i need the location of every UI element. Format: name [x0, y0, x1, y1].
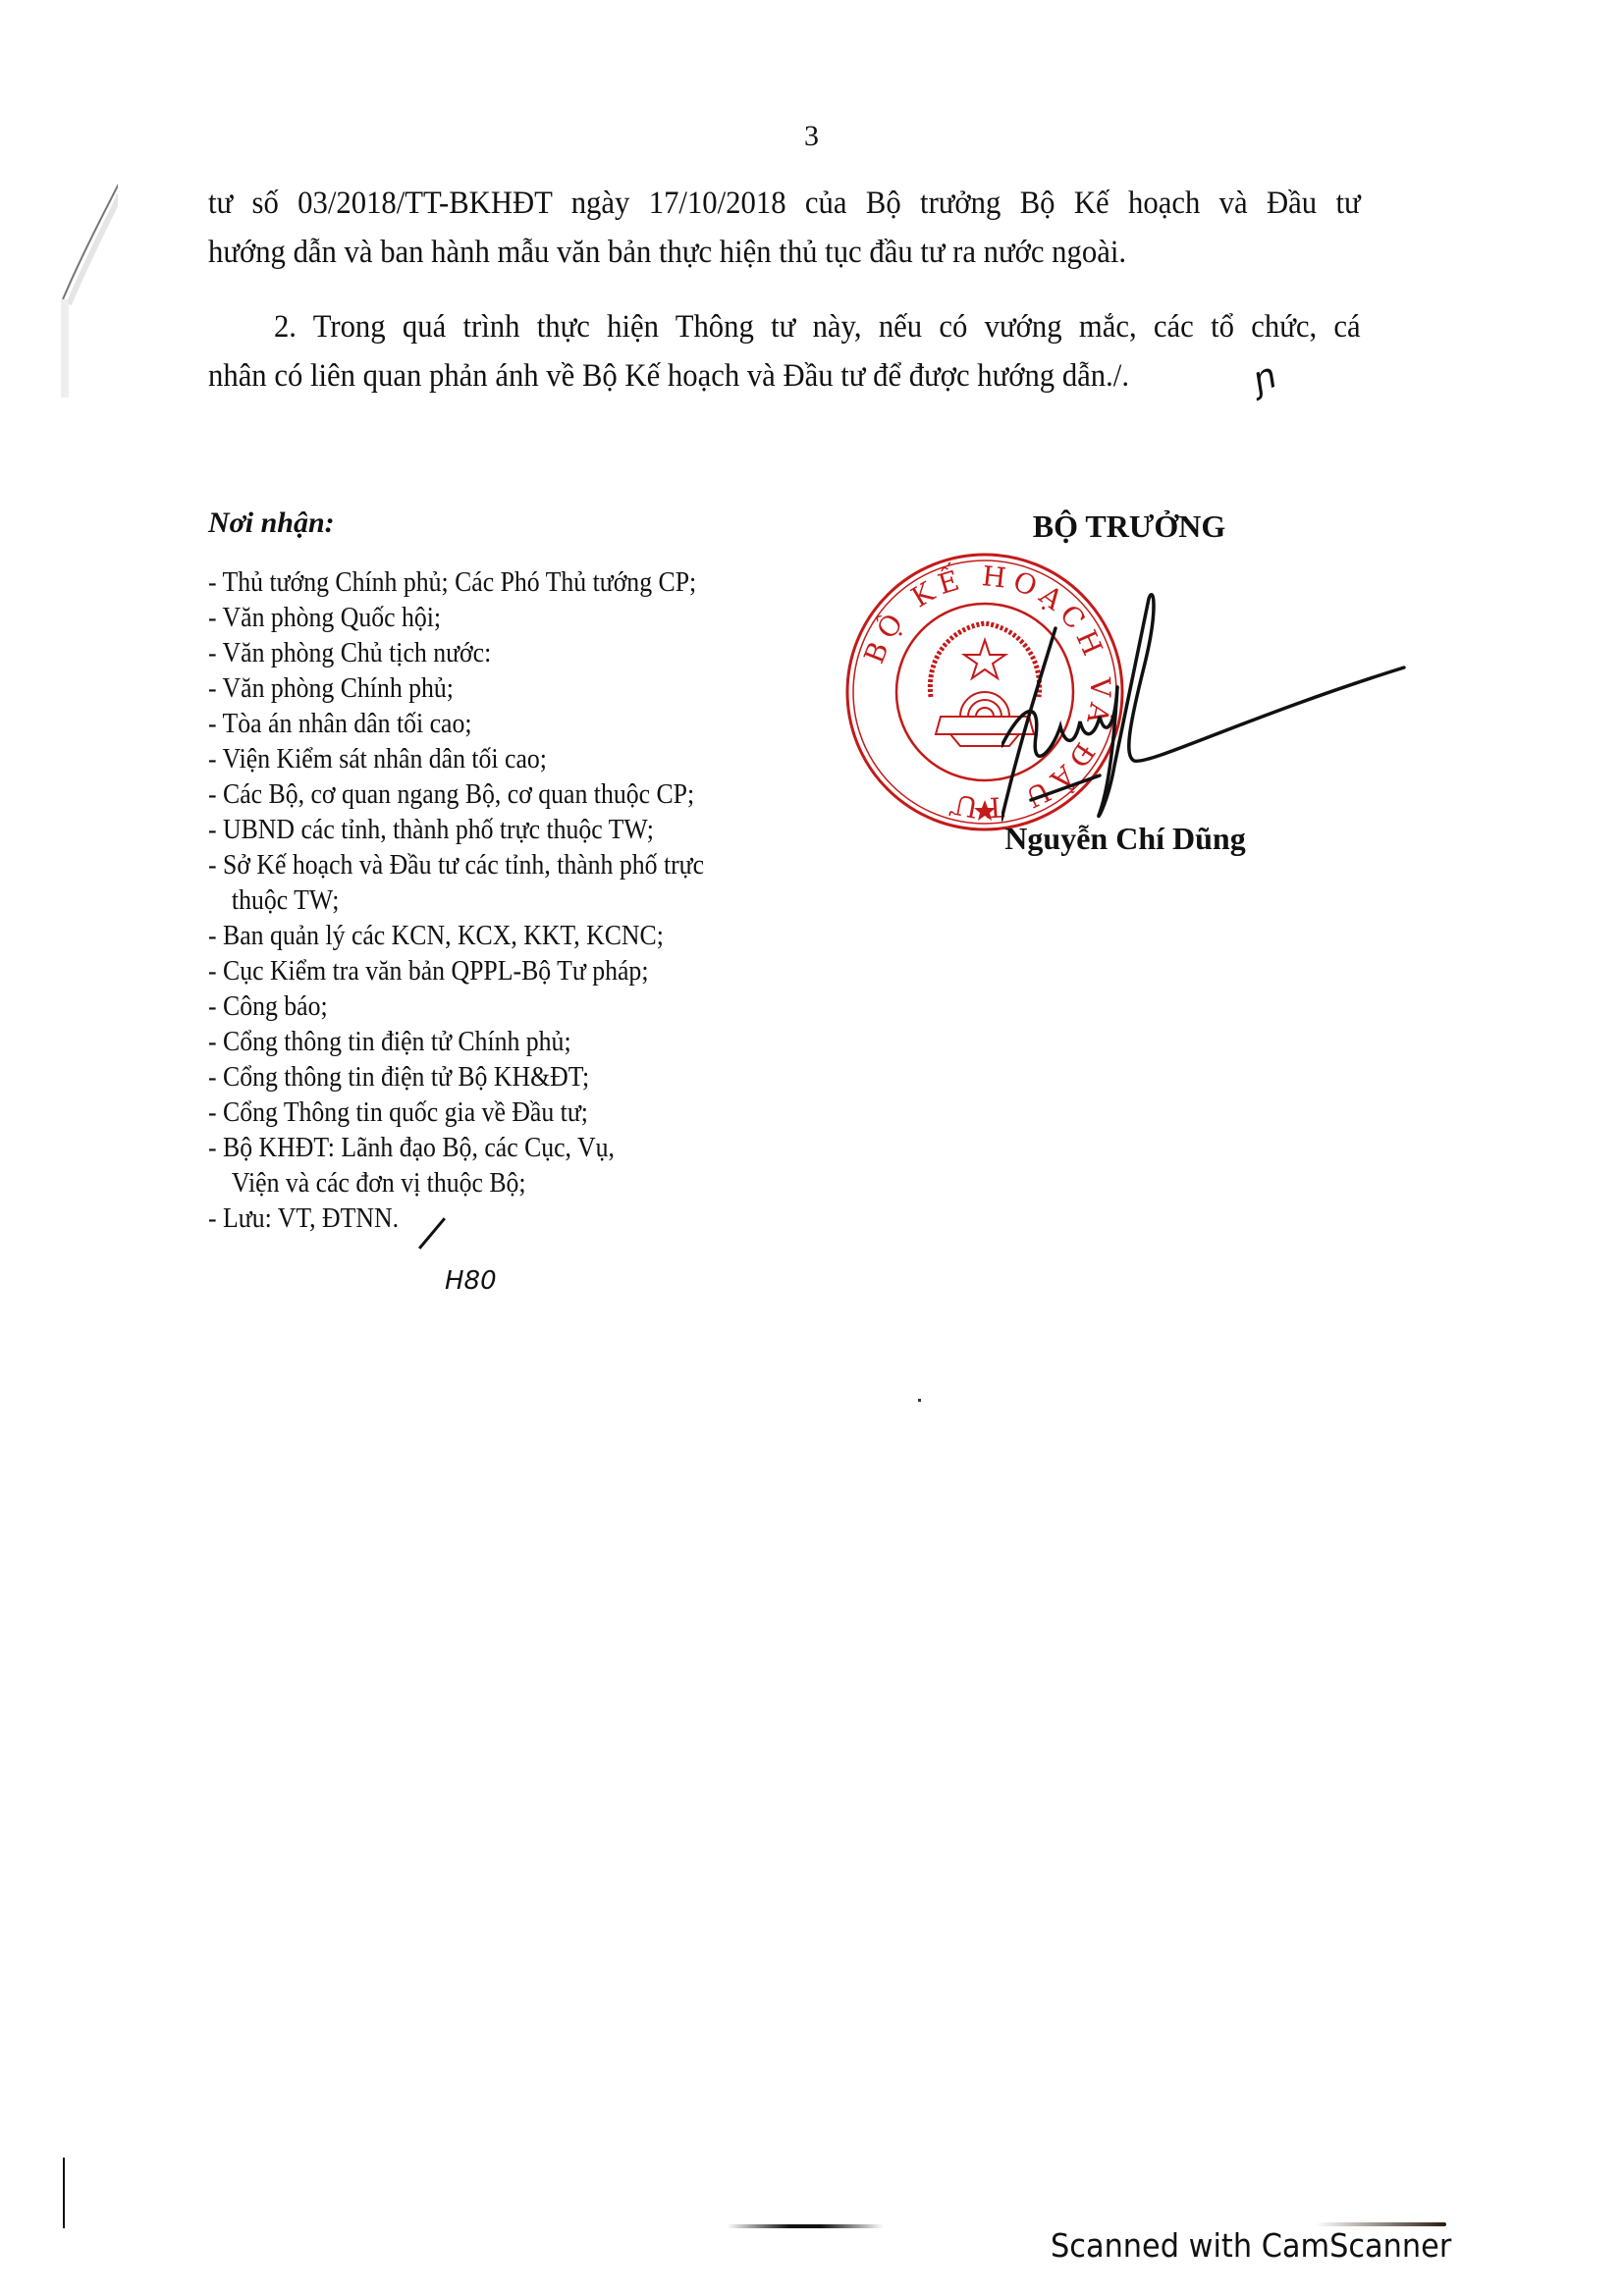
recipient-item: - Văn phòng Quốc hội; — [208, 601, 704, 636]
recipient-item: - Cổng thông tin điện tử Bộ KH&ĐT; — [208, 1060, 704, 1095]
recipient-item: - Viện Kiểm sát nhân dân tối cao; — [208, 742, 704, 777]
signatory-name: Nguyễn Chí Dũng — [978, 821, 1272, 857]
recipient-item: - Thủ tướng Chính phủ; Các Phó Thủ tướng… — [208, 565, 704, 601]
camscanner-watermark: Scanned with CamScanner — [1051, 2226, 1451, 2265]
recipient-item: - Công báo; — [208, 989, 704, 1025]
paragraph-2: 2. Trong quá trình thực hiện Thông tư nà… — [208, 302, 1361, 400]
page-edge-shadow — [0, 0, 118, 412]
paragraph-2-line-2: nhân có liên quan phản ánh về Bộ Kế hoạc… — [208, 351, 1361, 400]
paragraph-1-line-2: hướng dẫn và ban hành mẫu văn bản thực h… — [208, 228, 1361, 277]
recipient-item: - Bộ KHĐT: Lãnh đạo Bộ, các Cục, Vụ, — [208, 1131, 704, 1166]
scan-bottom-mark — [727, 2224, 884, 2228]
recipient-item: - Cổng Thông tin quốc gia về Đầu tư; — [208, 1095, 704, 1131]
recipient-item: - Các Bộ, cơ quan ngang Bộ, cơ quan thuộ… — [208, 777, 704, 813]
signature-icon — [1001, 589, 1434, 825]
signatory-title: BỘ TRƯỞNG — [1001, 508, 1257, 545]
recipient-item: - Tòa án nhân dân tối cao; — [208, 707, 704, 742]
recipients-list: - Thủ tướng Chính phủ; Các Phó Thủ tướng… — [208, 565, 704, 1237]
recipients-title: Nơi nhận: — [208, 507, 335, 540]
recipient-item: - Ban quản lý các KCN, KCX, KKT, KCNC; — [208, 919, 704, 954]
paragraph-1-line-1: tư số 03/2018/TT-BKHĐT ngày 17/10/2018 c… — [208, 179, 1361, 228]
recipient-item-continuation: thuộc TW; — [208, 883, 704, 919]
paragraph-1: tư số 03/2018/TT-BKHĐT ngày 17/10/2018 c… — [208, 179, 1361, 277]
recipient-item: - Văn phòng Chính phủ; — [208, 671, 704, 707]
recipient-item: - Sở Kế hoạch và Đầu tư các tỉnh, thành … — [208, 848, 704, 883]
recipient-item-continuation: Viện và các đơn vị thuộc Bộ; — [208, 1166, 704, 1201]
recipient-item: - Cổng thông tin điện tử Chính phủ; — [208, 1025, 704, 1060]
scan-edge-mark — [63, 2158, 65, 2228]
recipient-item: - UBND các tỉnh, thành phố trực thuộc TW… — [208, 813, 704, 848]
page-number: 3 — [0, 120, 1623, 153]
recipient-item: - Cục Kiểm tra văn bản QPPL-Bộ Tư pháp; — [208, 954, 704, 989]
paragraph-2-line-1: 2. Trong quá trình thực hiện Thông tư nà… — [208, 302, 1361, 351]
recipient-item: - Văn phòng Chủ tịch nước: — [208, 636, 704, 671]
handwritten-note: H80 — [445, 1266, 497, 1296]
scan-speck — [918, 1399, 921, 1402]
recipient-item: - Lưu: VT, ĐTNN. — [208, 1201, 704, 1237]
